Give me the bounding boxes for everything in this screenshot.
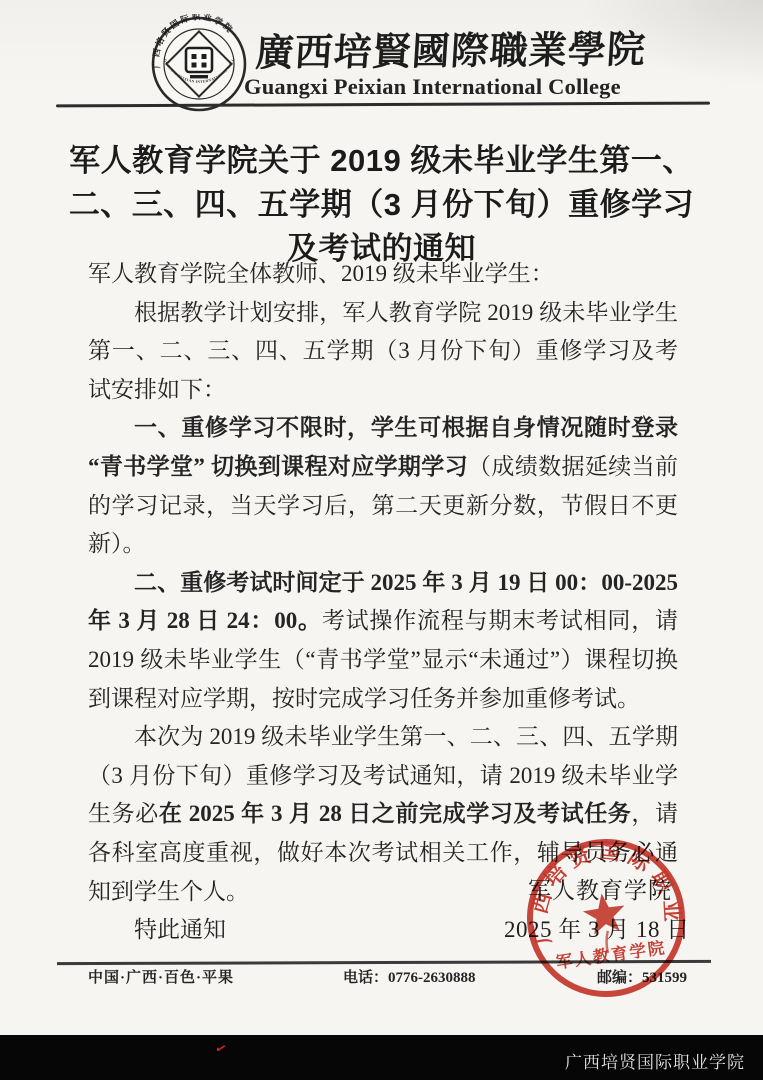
notice-title-line1: 军人教育学院关于 2019 级未毕业学生第一、 <box>0 139 763 183</box>
notice-title: 军人教育学院关于 2019 级未毕业学生第一、 二、三、四、五学期（3 月份下旬… <box>0 139 763 271</box>
notice-title-line2: 二、三、四、五学期（3 月份下旬）重修学习 <box>0 183 763 227</box>
college-name-zh: 廣西培賢國際職業學院 <box>254 18 658 76</box>
salutation: 军人教育学院全体教师、2019 级未毕业学生： <box>88 255 678 294</box>
paragraph-1: 根据教学计划安排，军人教育学院 2019 级未毕业学生第一、二、三、四、五学期（… <box>88 294 678 410</box>
college-logo-icon: 广西培贤国际职业学院 GUANGXI PEIXIAN INTERNATIONAL… <box>148 14 250 114</box>
red-pen-mark: ✓ <box>214 1040 228 1055</box>
official-red-seal: 广西培贤国际职业学院 军人教育学院 <box>510 822 702 1014</box>
seal-org-text: 军人教育学院 <box>555 937 668 972</box>
college-name-en: Guangxi Peixian International College <box>244 74 621 100</box>
watermark-college-name: 广西培贤国际职业学院 <box>565 1048 745 1073</box>
footer-phone: 电话：0776-2630888 <box>343 966 476 987</box>
footer-address: 中国·广西·百色·平果 <box>88 966 234 987</box>
paragraph-2: 一、重修学习不限时，学生可根据自身情况随时登录 “青书学堂” 切换到课程对应学期… <box>88 409 678 563</box>
bottom-bar: ✓ 广西培贤国际职业学院 <box>0 1035 763 1080</box>
scanned-notice-page: 广西培贤国际职业学院 GUANGXI PEIXIAN INTERNATIONAL… <box>0 0 763 1080</box>
seal-star-icon <box>581 890 628 935</box>
paragraph-3: 二、重修考试时间定于 2025 年 3 月 19 日 00：00-2025 年 … <box>88 564 678 718</box>
